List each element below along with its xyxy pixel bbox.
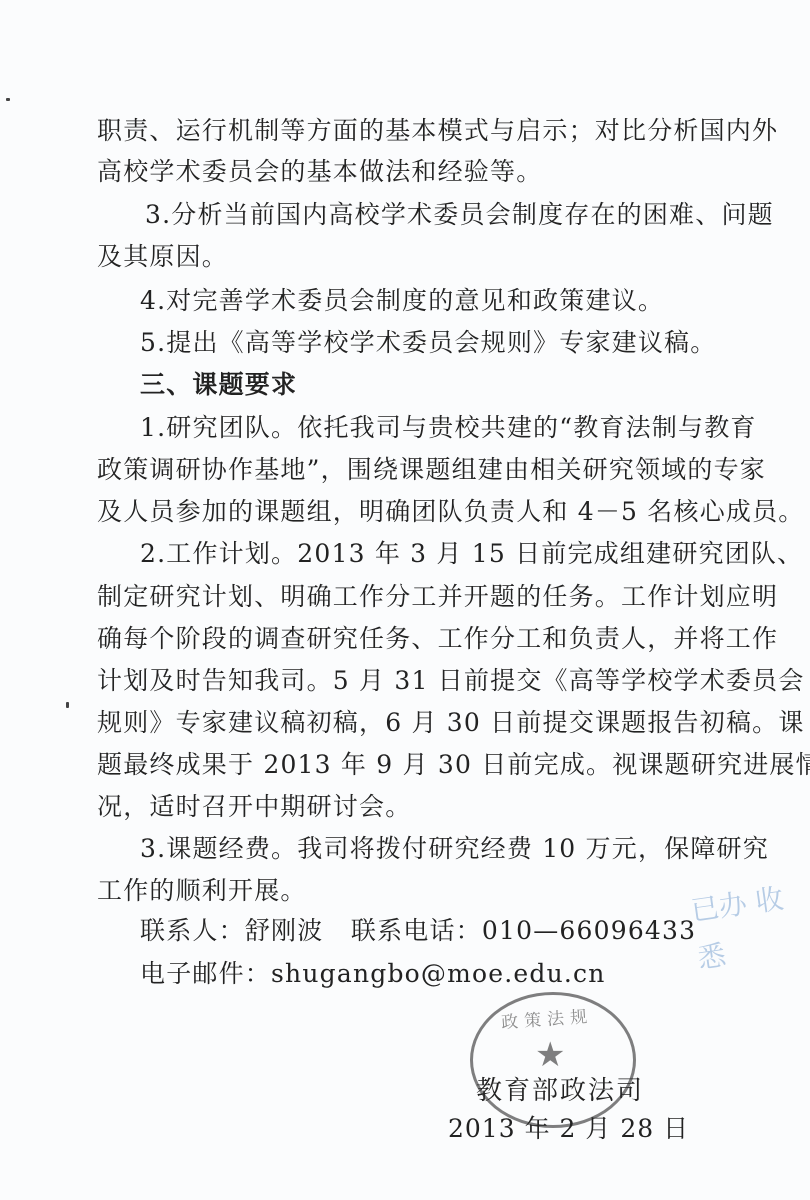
scanned-document-page: 职责、运行机制等方面的基本模式与启示；对比分析国内外高校学术委员会的基本做法和经… xyxy=(0,0,810,1200)
body-text-line: 3.课题经费。我司将拨付研究经费 10 万元，保障研究 xyxy=(140,832,769,866)
contact-person-name: 舒刚波 xyxy=(245,916,324,945)
body-text-line: 4.对完善学术委员会制度的意见和政策建议。 xyxy=(140,284,664,318)
scan-speck xyxy=(6,98,10,101)
contact-phone-number: 010—66096433 xyxy=(482,916,696,945)
body-text-line: 2.工作计划。2013 年 3 月 15 日前完成组建研究团队、 xyxy=(140,537,803,571)
stamp-arc-text: 政策法规 xyxy=(500,1002,594,1033)
issue-date: 2013 年 2 月 28 日 xyxy=(448,1109,689,1145)
scan-speck xyxy=(66,702,69,708)
issuing-organization: 教育部政法司 xyxy=(476,1070,644,1107)
body-text-line: 况，适时召开中期研讨会。 xyxy=(97,790,411,824)
official-seal-stamp: 政策法规 ★ xyxy=(470,992,636,1128)
body-text-line: 5.提出《高等学校学术委员会规则》专家建议稿。 xyxy=(140,326,716,360)
body-text-line: 政策调研协作基地”，围绕课题组建由相关研究领域的专家 xyxy=(97,453,766,487)
contact-email-address: shugangbo@moe.edu.cn xyxy=(271,959,606,988)
section-heading: 三、课题要求 xyxy=(140,368,297,402)
body-text-line: 高校学术委员会的基本做法和经验等。 xyxy=(97,155,542,189)
body-text-line: 制定研究计划、明确工作分工并开题的任务。工作计划应明 xyxy=(97,580,778,614)
body-text-line: 规则》专家建议稿初稿，6 月 30 日前提交课题报告初稿。课 xyxy=(97,706,805,740)
body-text-line: 计划及时告知我司。5 月 31 日前提交《高等学校学术委员会 xyxy=(97,664,805,698)
contact-email-line: 电子邮件：shugangbo@moe.edu.cn xyxy=(140,957,606,991)
contact-person-line: 联系人：舒刚波 联系电话：010—66096433 xyxy=(140,914,696,948)
handwritten-annotation: 已办 收悉 xyxy=(688,874,810,1066)
body-text-line: 确每个阶段的调查研究任务、工作分工和负责人，并将工作 xyxy=(97,622,778,656)
body-text-line: 题最终成果于 2013 年 9 月 30 日前完成。视课题研究进展情 xyxy=(97,748,810,782)
body-text-line: 3.分析当前国内高校学术委员会制度存在的困难、问题 xyxy=(145,198,774,232)
contact-person-label: 联系人： xyxy=(140,916,245,945)
contact-email-label: 电子邮件： xyxy=(140,959,271,988)
body-text-line: 1.研究团队。依托我司与贵校共建的“教育法制与教育 xyxy=(140,411,757,445)
body-text-line: 及人员参加的课题组，明确团队负责人和 4－5 名核心成员。 xyxy=(97,495,805,529)
body-text-line: 职责、运行机制等方面的基本模式与启示；对比分析国内外 xyxy=(97,114,778,148)
contact-phone-label: 联系电话： xyxy=(351,916,482,945)
body-text-line: 及其原因。 xyxy=(97,240,228,274)
body-text-line: 工作的顺利开展。 xyxy=(97,874,307,908)
star-icon: ★ xyxy=(535,1035,565,1075)
